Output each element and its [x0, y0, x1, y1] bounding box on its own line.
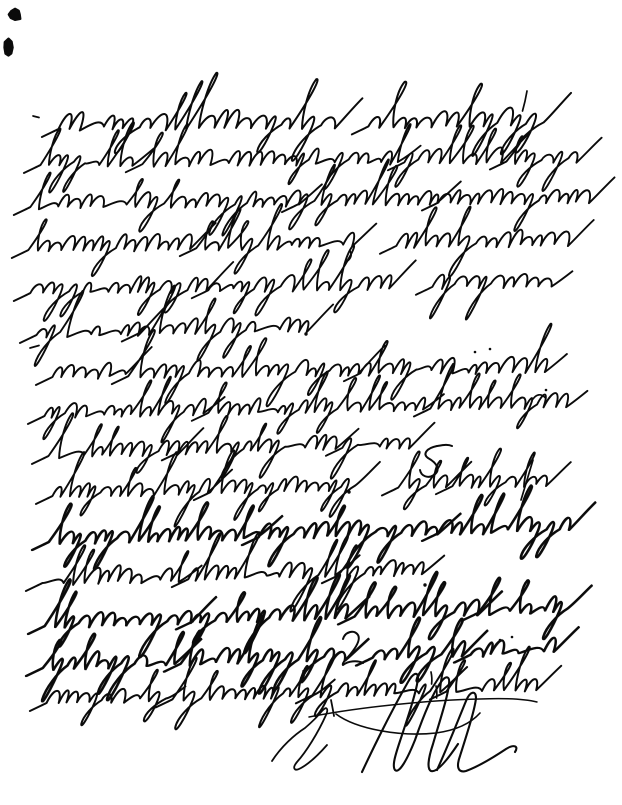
- handwritten-line: [30, 647, 561, 730]
- dash-mark: [30, 346, 39, 349]
- handwriting-lines: [12, 73, 615, 730]
- manuscript-page: [0, 0, 622, 805]
- handwriting-svg: [0, 0, 622, 805]
- underline-swash: [309, 699, 537, 717]
- apostrophe-mark: [523, 91, 528, 111]
- circumflex-mark: [533, 395, 545, 399]
- handwritten-line: [14, 245, 573, 320]
- signature-final-loop: [437, 693, 516, 772]
- colon-tick-mark: [431, 672, 432, 684]
- handwritten-line: [36, 449, 571, 527]
- handwritten-line: [36, 324, 567, 407]
- dot-mark: [511, 636, 514, 639]
- dot-mark: [474, 351, 477, 354]
- signature-letter-e: [272, 708, 327, 769]
- handwritten-line: [26, 532, 444, 611]
- digit-5-mark: [420, 445, 452, 477]
- dot-mark: [499, 639, 502, 642]
- dot-mark: [545, 389, 548, 392]
- signature: [272, 674, 537, 772]
- ink-blot: [9, 9, 20, 20]
- speck-mark: [33, 116, 39, 118]
- handwritten-line: [12, 204, 594, 277]
- ink-blot: [5, 39, 13, 56]
- period-mark: [304, 332, 307, 335]
- period-mark: [423, 583, 426, 586]
- handwritten-line: [14, 159, 615, 235]
- period-mark: [347, 490, 350, 493]
- handwritten-line-ink-weight: [33, 486, 596, 570]
- dot-mark: [489, 348, 492, 351]
